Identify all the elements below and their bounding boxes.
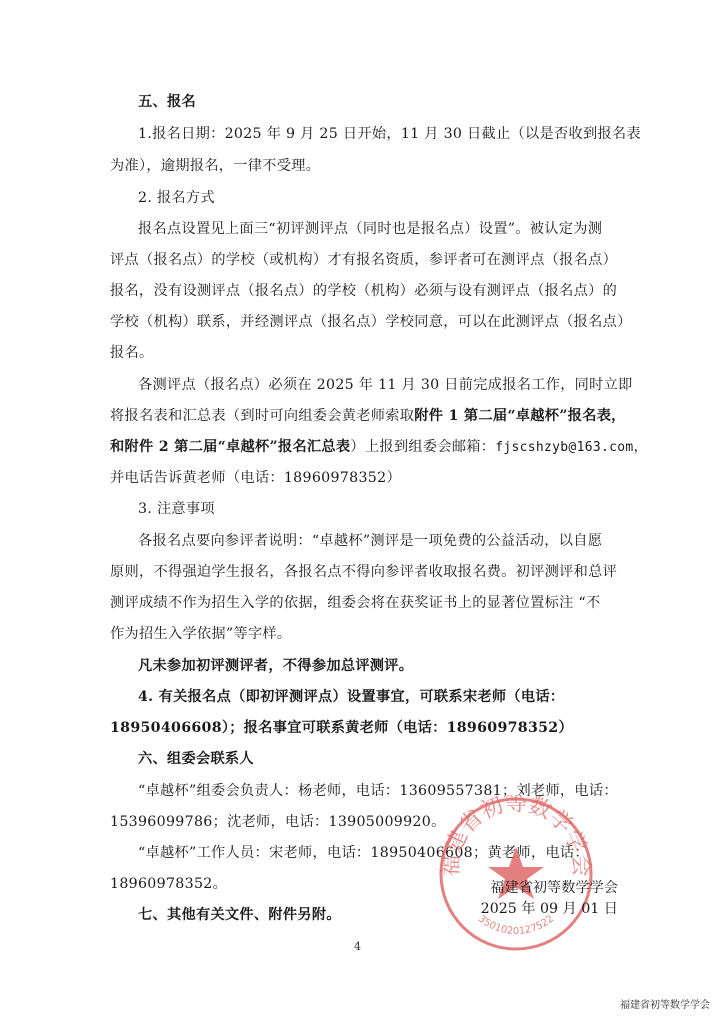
source-watermark: 福建省初等数学学会 — [620, 996, 710, 1011]
item3-line3: 测评成绩不作为招生入学的依据，组委会将在获奖证书上的显著位置标注 “不 — [110, 593, 620, 613]
item3-line2: 原则，不得强迫学生报名，各报名点不得向参评者收取报名费。初评测评和总评 — [110, 562, 620, 582]
seal-icon: 福建省初等数学学会 3501020127522 — [437, 795, 595, 953]
document-page: 五、报名 1.报名日期：2025 年 9 月 25 日开始，11 月 30 日截… — [0, 0, 720, 1018]
item2-p2-line3: 和附件 2 第二届“卓越杯”报名汇总表）上报到组委会邮箱：fjscshzyb@1… — [110, 437, 620, 458]
item2-heading: 2. 报名方式 — [138, 188, 648, 208]
item2-p1-line2: 评点（报名点）的学校（或机构）才有报名资质，参评者可在测评点（报名点） — [110, 250, 620, 270]
item2-p2-line2-text: 将报名表和汇总表（到时可向组委会黄老师索取 — [110, 408, 414, 424]
item4-line2: 18950406608）；报名事宜可联系黄老师（电话：18960978352） — [110, 718, 620, 738]
page-number: 4 — [354, 940, 361, 953]
item4-line1: 4. 有关报名点（即初评测评点）设置事宜，可联系宋老师（电话： — [138, 687, 648, 707]
section-6-heading: 六、组委会联系人 — [138, 749, 648, 769]
item2-p2-line3-text: ）上报到组委会邮箱： — [350, 439, 495, 455]
item2-p1-line5: 报名。 — [110, 343, 620, 363]
signature-date: 2025 年 09 月 01 日 — [458, 899, 618, 919]
comma: ， — [633, 439, 648, 455]
item1-line1: 1.报名日期：2025 年 9 月 25 日开始，11 月 30 日截止（以是否… — [138, 124, 648, 144]
item2-p1-line4: 学校（机构）联系，并经测评点（报名点）学校同意，可以在此测评点（报名点） — [110, 312, 620, 332]
item2-p1-line1: 报名点设置见上面三“初评测评点（同时也是报名点）设置”。被认定为测 — [138, 219, 648, 239]
item3-line1: 各报名点要向参评者说明：“卓越杯”测评是一项免费的公益活动，以自愿 — [138, 531, 648, 551]
attachment-2-ref: 和附件 2 第二届“卓越杯”报名汇总表 — [110, 439, 350, 455]
attachment-1-ref: 附件 1 第二届“卓越杯”报名表， — [414, 408, 625, 424]
official-seal-stamp: 福建省初等数学学会 3501020127522 — [437, 795, 595, 953]
item2-p2-line2: 将报名表和汇总表（到时可向组委会黄老师索取附件 1 第二届“卓越杯”报名表， — [110, 406, 620, 426]
section-5-heading: 五、报名 — [138, 92, 648, 112]
item2-p2-line4: 并电话告诉黄老师（电话：18960978352） — [110, 468, 620, 488]
signature-org: 福建省初等数学学会 — [458, 878, 618, 898]
item3-heading: 3. 注意事项 — [138, 499, 648, 519]
email-link[interactable]: fjscshzyb@163.com — [495, 440, 633, 455]
item2-p2-line1: 各测评点（报名点）必须在 2025 年 11 月 30 日前完成报名工作，同时立… — [138, 375, 648, 395]
item3-line4: 作为招生入学依据”等字样。 — [110, 624, 620, 644]
item3-bold-notice: 凡未参加初评测评者，不得参加总评测评。 — [138, 656, 648, 676]
item1-line2: 为准），逾期报名，一律不受理。 — [110, 156, 620, 176]
item2-p1-line3: 报名，没有设测评点（报名点）的学校（机构）必须与设有测评点（报名点）的 — [110, 281, 620, 301]
